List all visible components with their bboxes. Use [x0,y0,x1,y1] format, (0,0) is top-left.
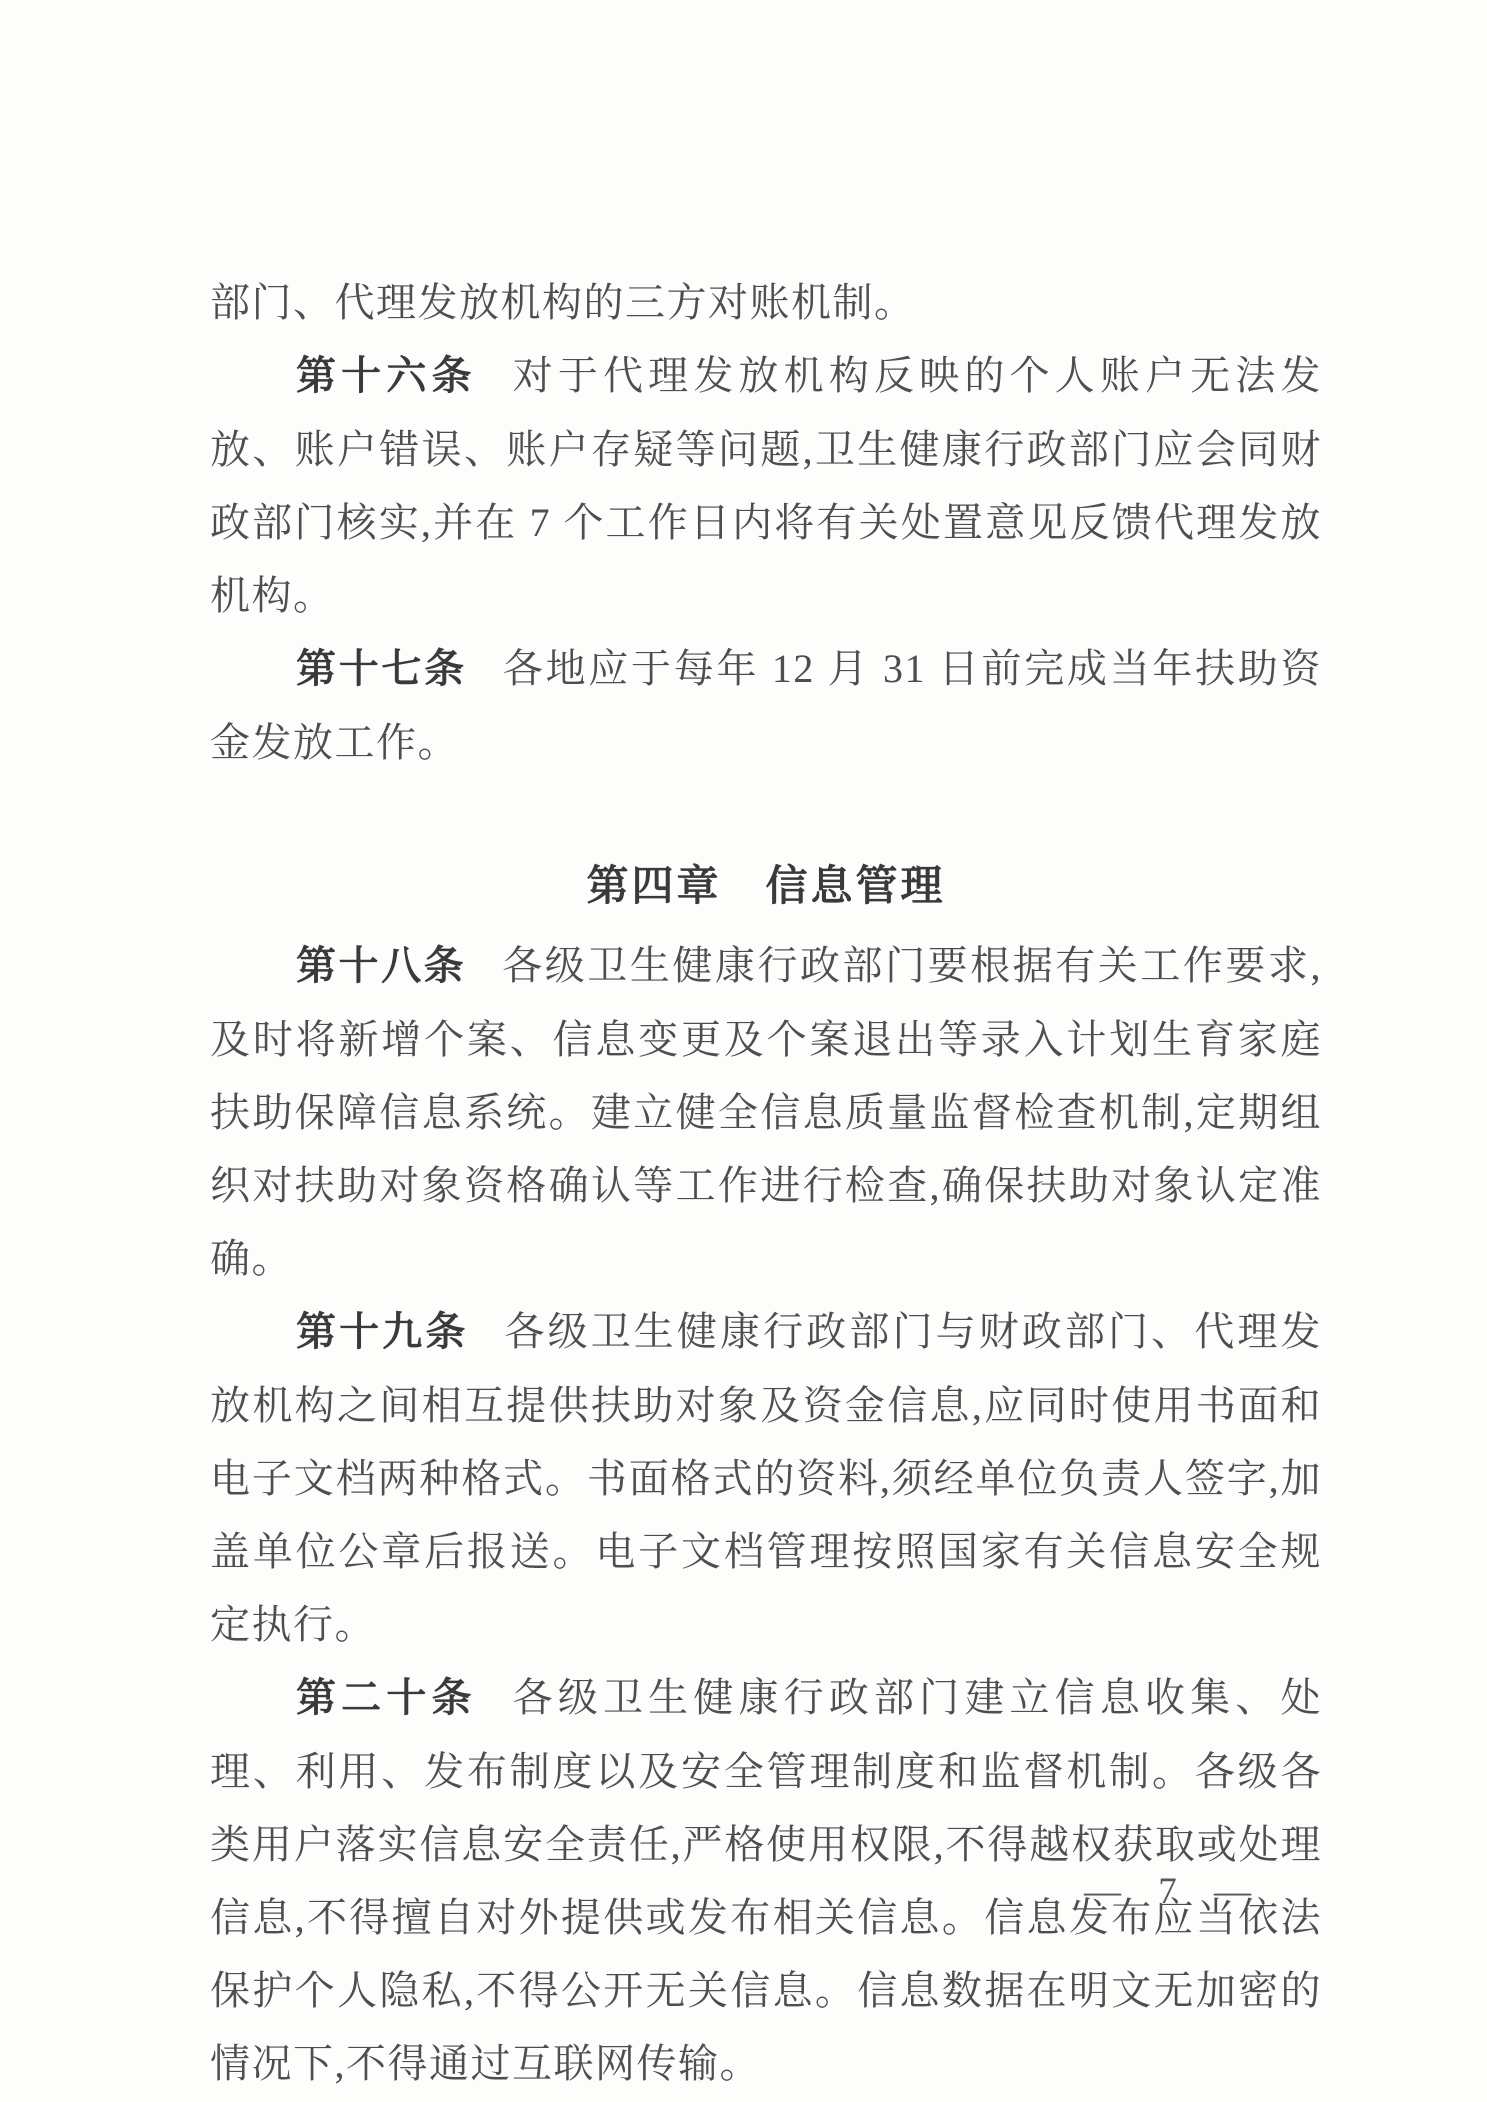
chapter-heading: 第四章信息管理 [210,849,1322,922]
paragraph-article-18: 第十八条各级卫生健康行政部门要根据有关工作要求,及时将新增个案、信息变更及个案退… [210,929,1322,1295]
document-body: 部门、代理发放机构的三方对账机制。 第十六条对于代理发放机构反映的个人账户无法发… [210,266,1322,2100]
paragraph-text: 部门、代理发放机构的三方对账机制。 [210,280,916,325]
article-16-label: 第十六条 [296,354,477,398]
article-19-text: 各级卫生健康行政部门与财政部门、代理发放机构之间相互提供扶助对象及资金信息,应同… [210,1309,1322,1647]
article-18-text: 各级卫生健康行政部门要根据有关工作要求,及时将新增个案、信息变更及个案退出等录入… [210,943,1322,1281]
document-page: 部门、代理发放机构的三方对账机制。 第十六条对于代理发放机构反映的个人账户无法发… [0,0,1487,2102]
chapter-title: 信息管理 [766,862,946,909]
paragraph-article-16: 第十六条对于代理发放机构反映的个人账户无法发放、账户错误、账户存疑等问题,卫生健… [210,339,1322,632]
article-18-label: 第十八条 [296,944,466,988]
article-19-label: 第十九条 [296,1310,468,1354]
article-17-label: 第十七条 [296,647,467,691]
paragraph-article-17: 第十七条各地应于每年 12 月 31 日前完成当年扶助资金发放工作。 [210,632,1322,779]
article-20-label: 第二十条 [296,1676,477,1720]
paragraph-continuation: 部门、代理发放机构的三方对账机制。 [210,266,1322,339]
paragraph-article-19: 第十九条各级卫生健康行政部门与财政部门、代理发放机构之间相互提供扶助对象及资金信… [210,1295,1322,1661]
chapter-number: 第四章 [586,862,721,909]
page-number: — 7 — [1084,1872,1265,1912]
